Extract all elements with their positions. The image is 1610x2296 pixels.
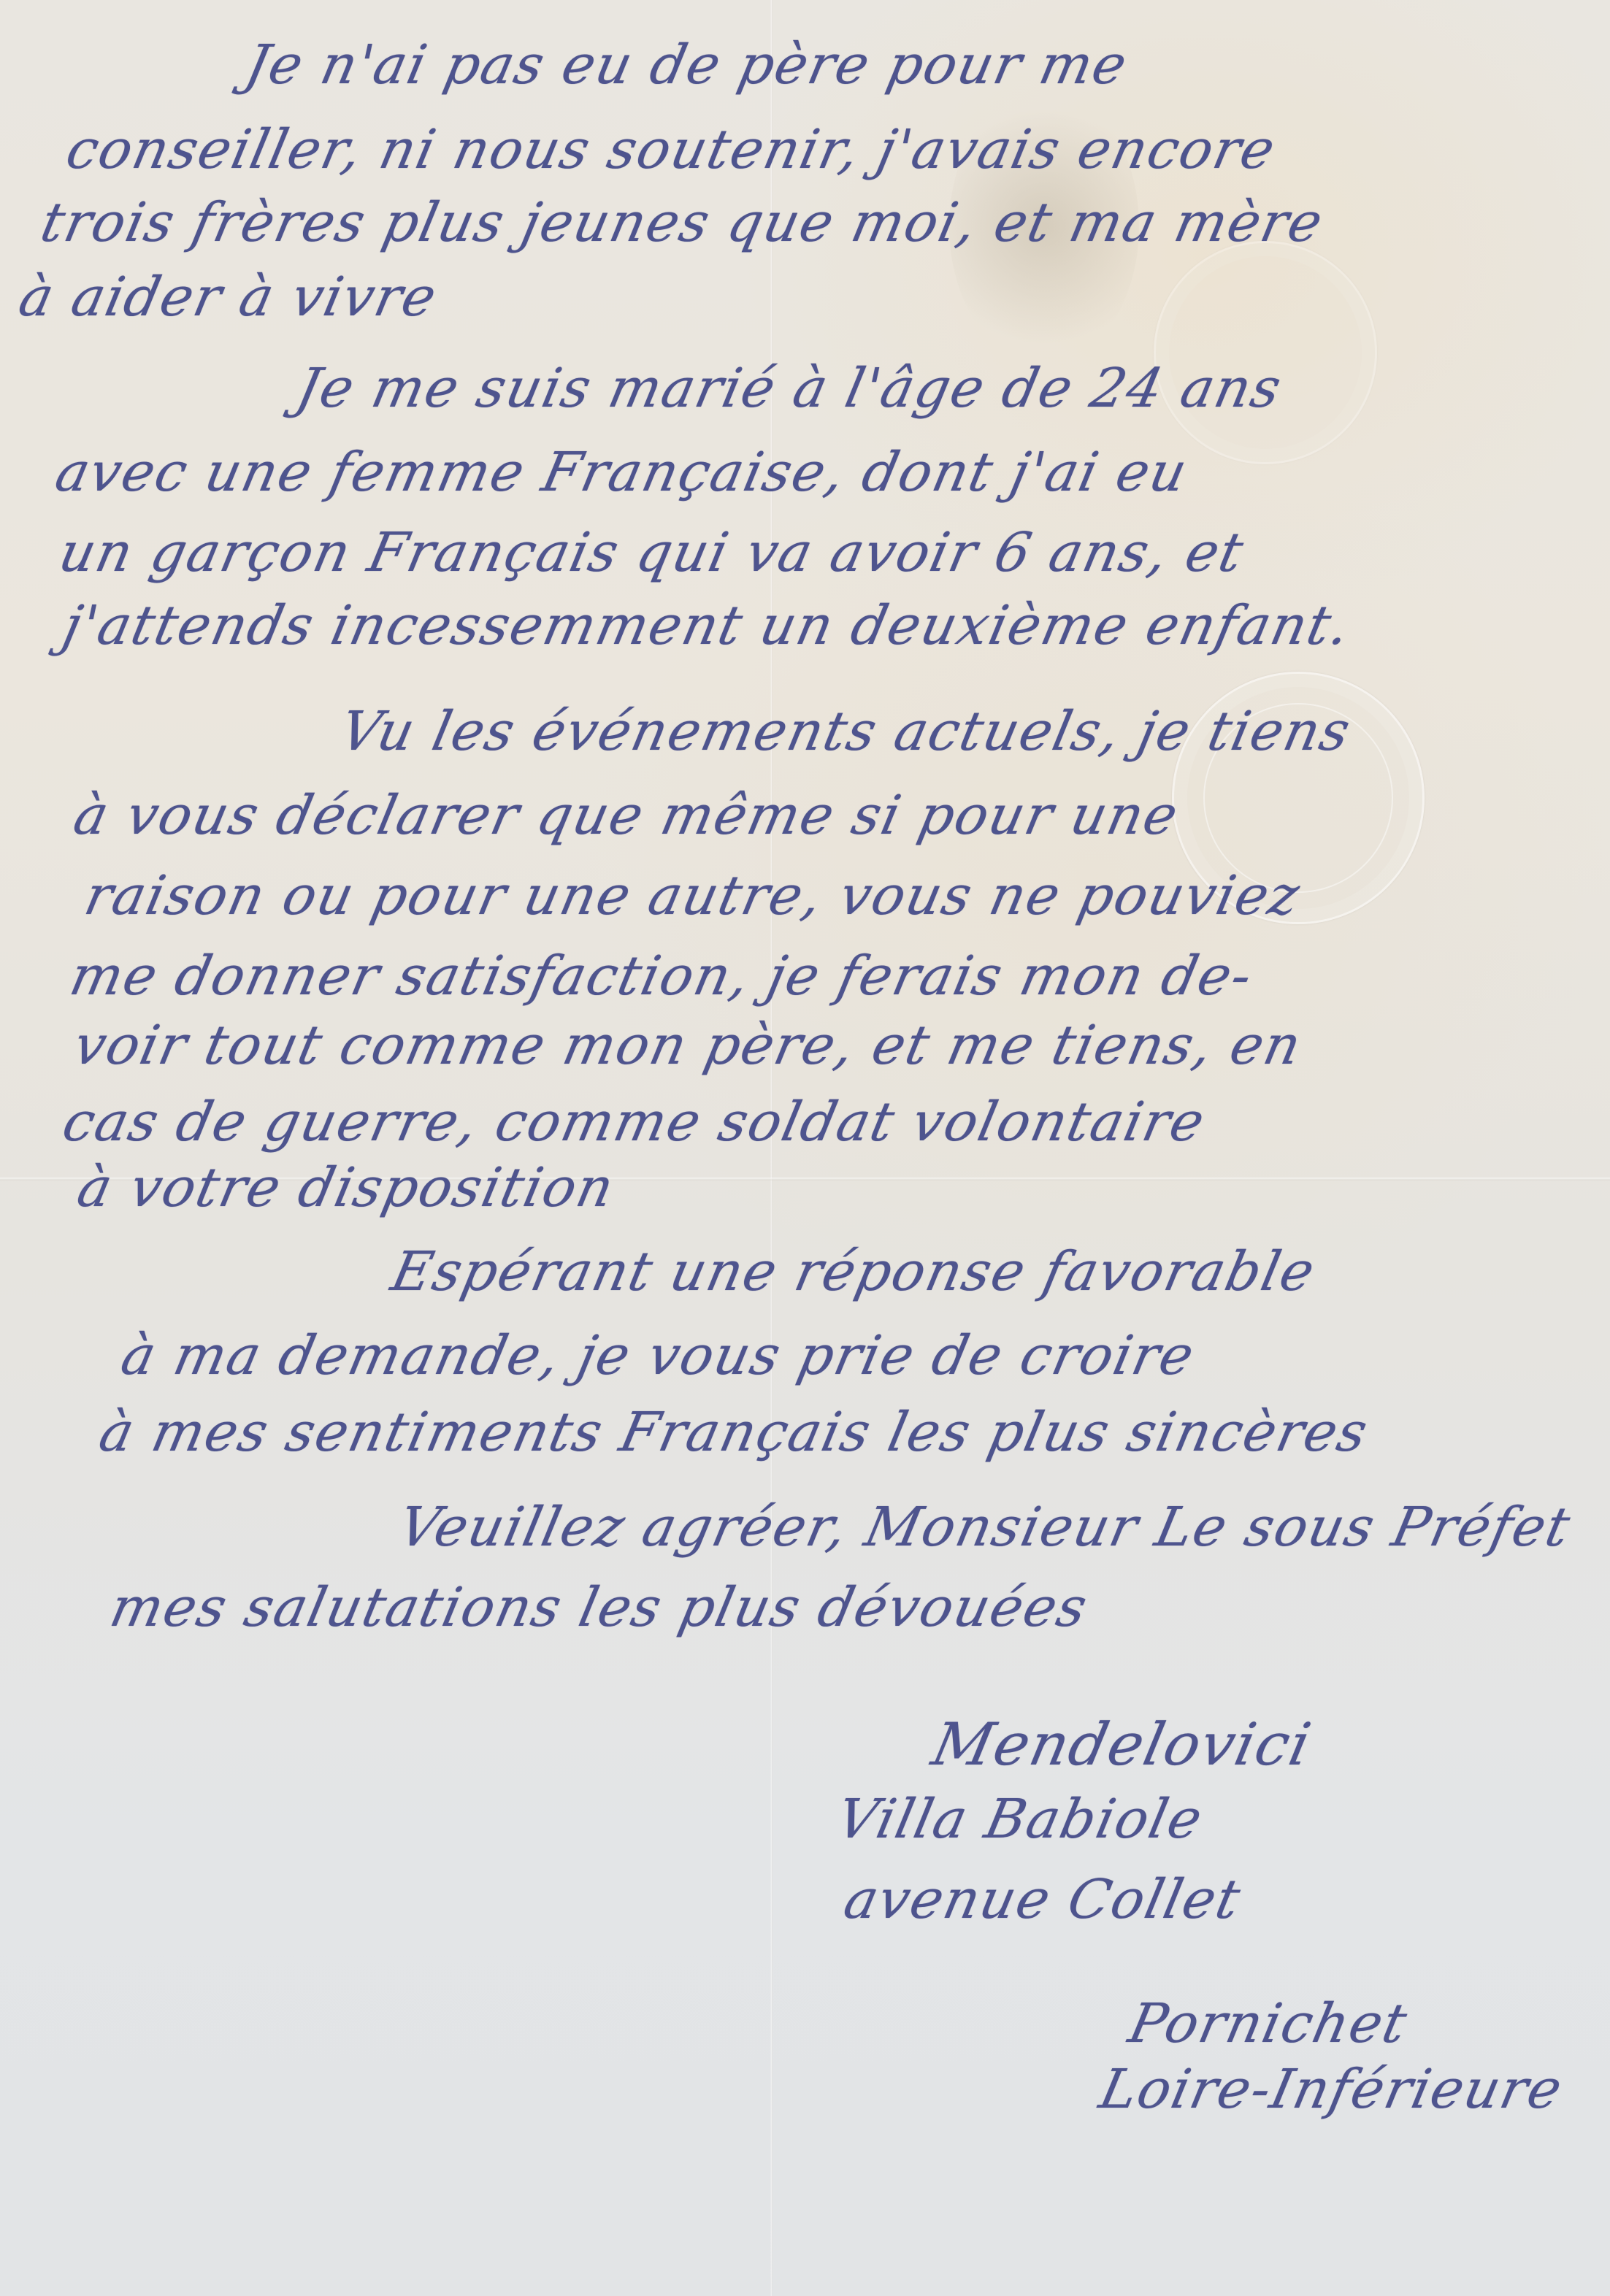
letter-line: à mes sentiments Français les plus sincè… (95, 1405, 1373, 1459)
signature-address-line: avenue Collet (840, 1873, 1246, 1927)
letter-line: à vous déclarer que même si pour une (69, 788, 1184, 842)
letter-line: Je n'ai pas eu de père pour me (241, 38, 1132, 92)
letter-line: mes salutations les plus dévouées (106, 1581, 1092, 1635)
letter-line: à votre disposition (73, 1161, 619, 1215)
signature-address-line: Villa Babiole (832, 1792, 1208, 1846)
letter-line: Espérant une réponse favorable (387, 1245, 1320, 1299)
letter-line: Veuillez agréer, Monsieur Le sous Préfet (394, 1500, 1576, 1554)
letter-line: avec une femme Française, dont j'ai eu (51, 445, 1192, 499)
letter-line: j'attends incessemment un deuxième enfan… (58, 599, 1356, 653)
letter-line: conseiller, ni nous soutenir, j'avais en… (62, 123, 1281, 177)
letter-line: raison ou pour une autre, vous ne pouvie… (80, 869, 1305, 923)
signature-name: Mendelovici (927, 1716, 1316, 1774)
embossed-seal-top (1154, 241, 1377, 464)
signature-address-line: Pornichet (1124, 1997, 1412, 2051)
letter-line: voir tout comme mon père, et me tiens, e… (69, 1018, 1307, 1072)
letter-line: trois frères plus jeunes que moi, et ma … (37, 196, 1328, 250)
letter-line: cas de guerre, comme soldat volontaire (58, 1095, 1210, 1149)
letter-line: me donner satisfaction, je ferais mon de… (66, 949, 1257, 1003)
signature-address-line: Loire-Inférieure (1095, 2062, 1568, 2116)
letter-line: Vu les événements actuels, je tiens (336, 704, 1356, 759)
letter-line: Je me suis marié à l'âge de 24 ans (292, 361, 1287, 415)
letter-line: à aider à vivre (15, 270, 442, 324)
letter-line: un garçon Français qui va avoir 6 ans, e… (55, 526, 1249, 580)
letter-line: à ma demande, je vous prie de croire (117, 1329, 1200, 1383)
